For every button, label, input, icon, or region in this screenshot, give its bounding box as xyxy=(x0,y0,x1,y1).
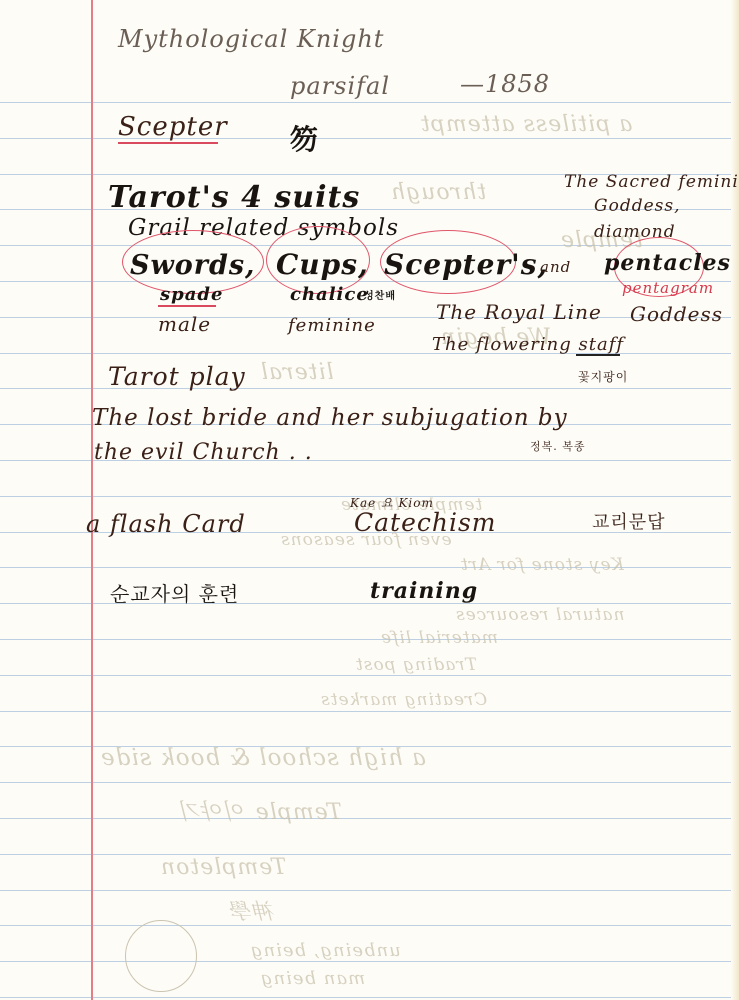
note-sacred-feminine: The Sacred feminine xyxy=(564,172,739,192)
rule-line xyxy=(0,782,739,783)
suit-scepters: Scepter's, xyxy=(384,248,548,281)
rule-line xyxy=(0,567,739,568)
bleed-text: unbeing, being xyxy=(250,940,401,961)
chalice-korean: 성찬배 xyxy=(364,287,396,302)
margin-line xyxy=(91,0,93,1000)
suit-pentacles: pentacles xyxy=(604,250,731,276)
bleed-text: Creating markets xyxy=(320,690,487,710)
training: training xyxy=(370,578,478,604)
meaning-male: male xyxy=(158,312,211,336)
rule-line xyxy=(0,890,739,891)
subtitle: parsifal xyxy=(290,72,390,100)
catechism-korean: 교리문답 xyxy=(592,508,666,534)
bleed-text: natural resources xyxy=(455,605,625,625)
suit-cups: Cups, xyxy=(276,248,369,281)
title: Mythological Knight xyxy=(118,25,384,53)
rule-line xyxy=(0,639,739,640)
spade-underline xyxy=(158,305,216,307)
bleed-text: material life xyxy=(380,628,498,648)
rule-line xyxy=(0,854,739,855)
note-pentagram: pentagram xyxy=(622,279,714,297)
rule-line xyxy=(0,353,739,354)
staff-korean: 꽃지팡이 xyxy=(578,368,628,385)
rule-line xyxy=(0,675,739,676)
bleed-circle xyxy=(125,920,197,992)
word-and: and xyxy=(540,258,571,276)
rule-line xyxy=(0,711,739,712)
bleed-text: Trading post xyxy=(355,655,477,675)
meaning-royal-goddess: Goddess xyxy=(630,302,723,326)
page-edge xyxy=(731,0,739,1000)
bleed-text: man being xyxy=(260,968,365,989)
meaning-chalice: chalice xyxy=(290,284,369,305)
catechism: Catechism xyxy=(354,508,497,537)
meaning-royal-line: The Royal Line xyxy=(436,300,602,324)
scepter-heading: Scepter xyxy=(118,112,228,142)
bleed-text: a high school & book side xyxy=(100,745,426,771)
flash-card: a flash Card xyxy=(86,510,246,538)
rule-line xyxy=(0,102,739,103)
bleed-text: Templeton xyxy=(160,855,286,880)
year: —1858 xyxy=(460,70,550,98)
notebook-page: a pitiless attempt through temple We beg… xyxy=(0,0,739,1000)
bleed-text: literal xyxy=(260,360,334,385)
bleed-text: 神學 xyxy=(230,895,276,926)
bleed-text: a pitiless attempt xyxy=(420,112,632,137)
tarot-suits-heading: Tarot's 4 suits xyxy=(108,180,360,215)
scepter-hanja: 笏 xyxy=(290,118,319,158)
lost-bride-line: The lost bride and her subjugation by xyxy=(92,405,568,431)
evil-church-line: the evil Church . . xyxy=(94,440,313,465)
rule-line xyxy=(0,961,739,962)
tarot-play: Tarot play xyxy=(108,362,246,391)
bleed-text: Key stone for Art xyxy=(460,555,624,575)
staff-underline xyxy=(576,354,620,356)
suit-swords: Swords, xyxy=(130,250,255,281)
meaning-spade: spade xyxy=(160,284,223,305)
rule-line xyxy=(0,818,739,819)
note-goddess: Goddess, xyxy=(594,196,681,216)
scepter-underline xyxy=(118,142,218,144)
training-korean: 순교자의 훈련 xyxy=(110,578,239,607)
subjugation-korean: 정복. 복종 xyxy=(530,438,586,454)
bleed-text: through xyxy=(390,180,486,205)
rule-line xyxy=(0,138,739,139)
rule-line xyxy=(0,925,739,926)
meaning-flowering-staff: The flowering staff xyxy=(432,334,624,355)
bleed-text: Temple 이야기 xyxy=(180,795,342,826)
rule-line xyxy=(0,997,739,998)
meaning-feminine: feminine xyxy=(288,315,376,336)
